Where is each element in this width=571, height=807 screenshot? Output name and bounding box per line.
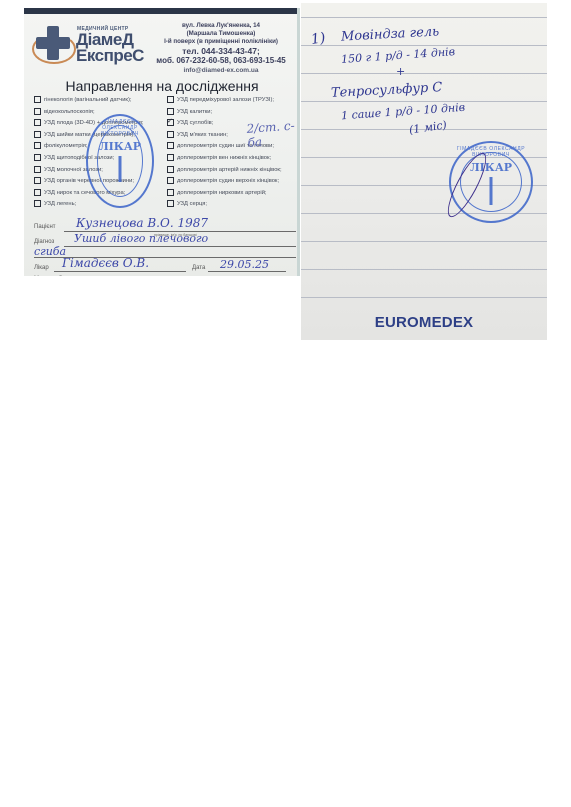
- checked-checkbox-icon[interactable]: [167, 119, 174, 126]
- clinic-logo: МЕДИЧНИЙ ЦЕНТР ДіамеД ЕкспреС: [32, 24, 142, 66]
- checklist-item: доплерометрія судин верхніх кінцівок;: [167, 176, 299, 188]
- checklist-item-label: УЗД серця;: [177, 201, 207, 207]
- checkbox-icon[interactable]: [167, 142, 174, 149]
- checklist-item-label: фолікулометрія;: [44, 143, 88, 149]
- facility-field: Медичний заклад: [34, 274, 296, 276]
- checkbox-icon[interactable]: [34, 177, 41, 184]
- checkbox-icon[interactable]: [34, 96, 41, 103]
- patient-field: Пацієнт Кузнецова В.О. 1987: [34, 220, 296, 232]
- address-line: І-й поверх (в приміщенні поліклініки): [142, 38, 300, 46]
- drug-2-duration: (1 міс): [408, 118, 447, 136]
- drug-2-dosage: 1 саше 1 р/д - 10 днів: [341, 101, 466, 123]
- phone: тел. 044-334-43-47;: [142, 46, 300, 56]
- diagnosis-value: Ушиб лівого плечового: [74, 232, 208, 245]
- tree-icon: [119, 156, 122, 182]
- brand-logo: EUROMEDEX: [301, 314, 547, 331]
- stamp-center-word: ЛІКАР: [88, 140, 152, 153]
- mobile-phones: моб. 067-232-60-58, 063-693-15-45: [142, 56, 300, 66]
- checkbox-icon[interactable]: [34, 154, 41, 161]
- checklist-item-label: гінекологія (вагінальний датчик);: [44, 97, 132, 103]
- date-value: 29.05.25: [220, 258, 269, 271]
- checklist-item-label: доплерометрія артерій нижніх кінцівок;: [177, 167, 282, 173]
- doctor-label: Лікар: [34, 265, 49, 271]
- checklist-item-label: відеокольпоскопія;: [44, 109, 95, 115]
- stamp-ring-text: ГІМАДЄЄВ ОЛЕКСАНДР ВІКТОРОВИЧ: [88, 119, 152, 137]
- checklist-item: доплерометрія артерій нижніх кінцівок;: [167, 165, 299, 177]
- checkbox-icon[interactable]: [167, 131, 174, 138]
- doctor-stamp: ГІМАДЄЄВ ОЛЕКСАНДР ВІКТОРОВИЧ ЛІКАР: [86, 114, 154, 208]
- checkbox-icon[interactable]: [34, 131, 41, 138]
- email: info@diamed-ex.com.ua: [142, 66, 300, 75]
- prescription-note: 1) Мовіндза гель 150 г 1 р/д - 14 днів +…: [301, 3, 547, 340]
- stamp-ring-text: ГІМАДЄЄВ ОЛЕКСАНДР ВІКТОРОВИЧ: [451, 146, 531, 158]
- checkbox-icon[interactable]: [167, 166, 174, 173]
- checklist-item: УЗД калитки;: [167, 107, 299, 119]
- checklist-item: УЗД серця;: [167, 199, 299, 211]
- medical-cross-icon: [36, 26, 70, 60]
- checkbox-icon[interactable]: [167, 177, 174, 184]
- checklist-item: доплерометрія ниркових артерій;: [167, 188, 299, 200]
- checkbox-icon[interactable]: [167, 189, 174, 196]
- checklist-item-label: УЗД м'яких тканин;: [177, 132, 228, 138]
- patient-label: Пацієнт: [34, 224, 56, 230]
- clinic-contacts: вул. Левка Лук'яненка, 14 (Маршала Тимош…: [142, 22, 300, 75]
- checklist-item-label: УЗД суглобів;: [177, 120, 213, 126]
- date-label: Дата: [192, 265, 205, 271]
- checkbox-icon[interactable]: [34, 166, 41, 173]
- checkbox-icon[interactable]: [167, 154, 174, 161]
- checkbox-icon[interactable]: [34, 142, 41, 149]
- checklist-item: доплерометрія вен нижніх кінцівок;: [167, 153, 299, 165]
- checklist-item: УЗД передміхурової залози (ТРУЗІ);: [167, 95, 299, 107]
- doctor-value: Гімадєєв О.В.: [62, 256, 149, 270]
- handwritten-note: 2/ст. с-ба: [246, 118, 300, 150]
- checkbox-icon[interactable]: [34, 108, 41, 115]
- checklist-item-label: доплерометрія ниркових артерій;: [177, 190, 267, 196]
- checklist-item: відеокольпоскопія;: [34, 107, 174, 119]
- plus-connector: +: [396, 65, 405, 78]
- checklist-right: УЗД передміхурової залози (ТРУЗІ);УЗД ка…: [167, 95, 299, 211]
- logo-name-line2: ЕкспреС: [76, 47, 144, 64]
- checkbox-icon[interactable]: [34, 200, 41, 207]
- checkbox-icon[interactable]: [34, 119, 41, 126]
- drug-2-name: Тенросульфур С: [331, 80, 443, 101]
- checkbox-icon[interactable]: [167, 108, 174, 115]
- item-number: 1): [310, 30, 326, 48]
- checklist-item-label: УЗД легень;: [44, 201, 76, 207]
- drug-1-name: Мовіндза гель: [341, 24, 440, 44]
- tree-icon: [490, 177, 493, 205]
- form-title: Направлення на дослідження: [24, 78, 300, 94]
- doctor-field: Лікар Гімадєєв О.В. Дата 29.05.25: [34, 260, 296, 272]
- address-line: вул. Левка Лук'яненка, 14: [142, 22, 300, 30]
- patient-value: Кузнецова В.О. 1987: [76, 216, 208, 230]
- address-line: (Маршала Тимошенка): [142, 30, 300, 38]
- drug-1-dosage: 150 г 1 р/д - 14 днів: [341, 45, 456, 66]
- diagnosis-field: Діагноз Ушиб лівого плечового: [34, 234, 296, 247]
- checkbox-icon[interactable]: [34, 189, 41, 196]
- checklist-item-label: УЗД калитки;: [177, 109, 212, 115]
- checklist-item: гінекологія (вагінальний датчик);: [34, 95, 174, 107]
- referral-form: МЕДИЧНИЙ ЦЕНТР ДіамеД ЕкспреС вул. Левка…: [24, 8, 300, 276]
- checklist-item-label: доплерометрія вен нижніх кінцівок;: [177, 155, 271, 161]
- checklist-item-label: УЗД передміхурової залози (ТРУЗІ);: [177, 97, 274, 103]
- checkbox-icon[interactable]: [167, 96, 174, 103]
- checklist-item-label: доплерометрія судин верхніх кінцівок;: [177, 178, 279, 184]
- form-top-bar: [24, 8, 300, 14]
- checkbox-icon[interactable]: [167, 200, 174, 207]
